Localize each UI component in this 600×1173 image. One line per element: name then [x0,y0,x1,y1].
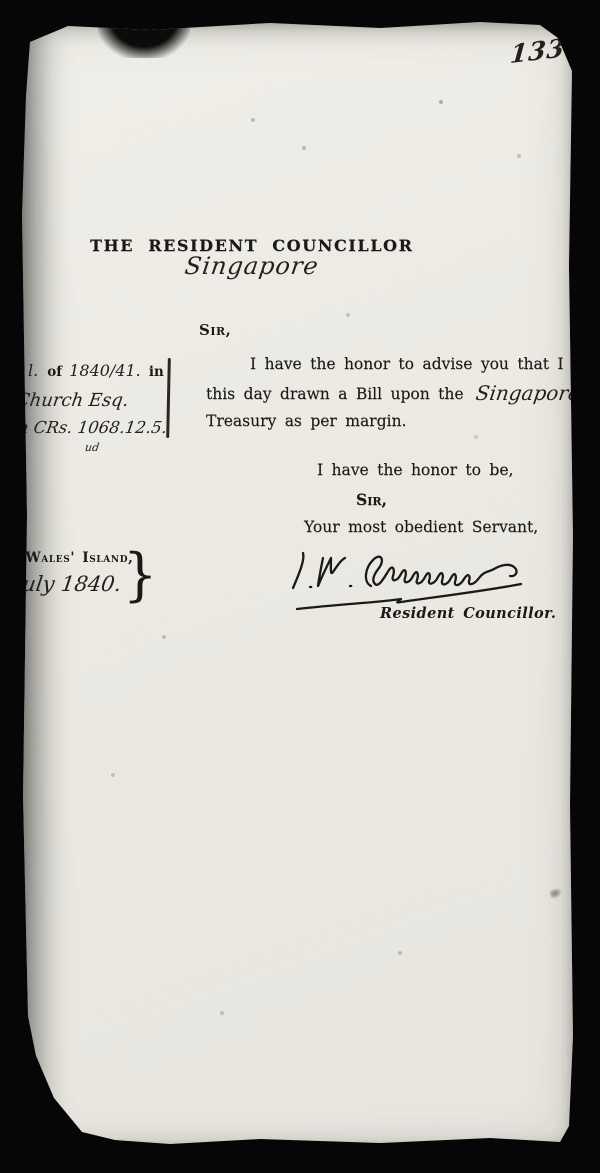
page-number: 133. [509,32,576,69]
margin-note-line-2: Church Esq. [15,390,131,411]
margin-note-line-3: on CRs. 1068.12.5. [7,418,169,437]
ink-smudge [549,886,564,900]
closing-line-1: I have the honor to be, [317,461,513,479]
signature-title: Resident Councillor. [380,605,556,622]
scanned-letter-page: 133. THE RESIDENT COUNCILLOR Singapore S… [20,16,578,1156]
salutation: Sir, [199,321,231,339]
body-line-2-handwritten: Singapore [474,381,581,405]
margin-year: 1840/41. [69,361,141,380]
margin-fragment: l. [28,361,38,380]
closing-line-2: Sir, [356,490,387,509]
margin-pen-stroke [166,358,170,438]
body-line-1: I have the honor to advise you that I ha… [250,355,600,373]
margin-in-label: in [149,364,164,380]
body-line-2: this day drawn a Bill upon the [206,385,464,403]
margin-of-label: of [47,364,62,380]
dateline-brace: } [123,547,157,604]
margin-note-mark: ud [84,441,100,454]
paper-specks [20,16,22,18]
body-line-3: Treasury as per margin. [206,412,406,430]
dateline-place: F Wales' Island, [8,550,133,566]
recipient-place-handwritten: Singapore [183,252,321,280]
margin-note-line-1: l. of 1840/41. in [28,361,164,380]
ink-blot-top [98,12,190,58]
page-corner-shadow [16,1042,96,1162]
closing-line-3: Your most obedient Servant, [304,518,538,536]
dateline-date-handwritten: July 1840. [12,572,123,596]
